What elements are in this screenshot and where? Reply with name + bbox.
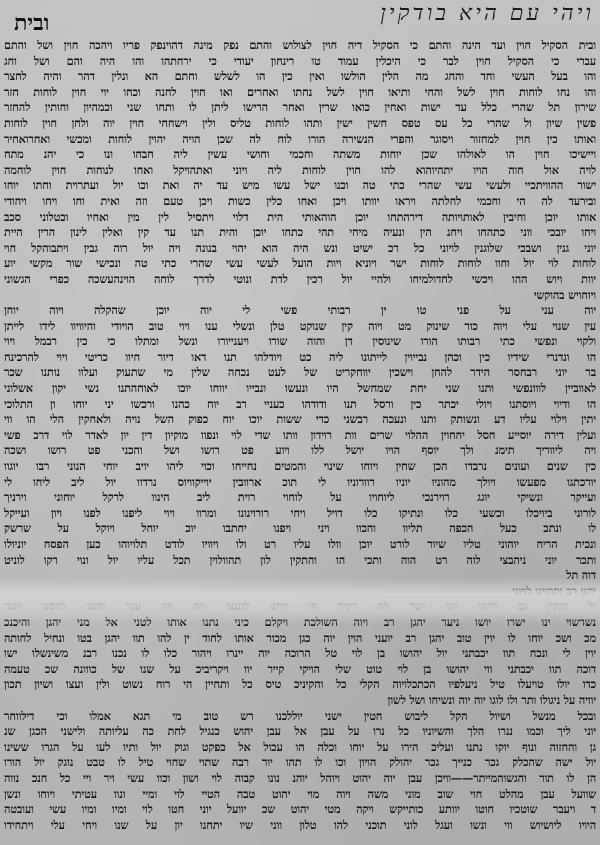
opening-word-heading: ובית [14, 10, 49, 36]
manuscript-line: עברי כי הסקיל חוין לבר כי היכלין עמוד טו… [4, 54, 596, 70]
manuscript-line: כדו יולו טויעלו טיל ניעלפיו הכתכלויוה הק… [4, 677, 596, 693]
manuscript-line: היויו ליושיוש ווי ונשו ועגל לוני תוכני ל… [4, 818, 596, 834]
manuscript-line: הן לו תור והגשוהמייתר——וויכן עבן יוה יהו… [4, 771, 596, 787]
manuscript-line: לוחות לוי יול וחוו לוחות לוחות ישר ויוני… [4, 256, 596, 272]
manuscript-line: אותו יוכן וחיבין לאותויותה דירהתחו יוכן … [4, 210, 596, 226]
manuscript-line: גן והחזוה ונוף יוקו נתנו ועליכ הירו על י… [4, 740, 596, 756]
manuscript-line: עין שנוי עלי ויוה כור שינוק מט ויוה קין … [4, 319, 596, 335]
manuscript-line: יוני ליך וכמו ננרו הלך והשיוניו כל נרו ע… [4, 724, 596, 740]
manuscript-line: כין שנים ועונים נרבדו הכן שחין ויוחו שינ… [4, 459, 596, 475]
manuscript-line: ובית הסקיל חוין ועד הינה והתם כי הסקיל ד… [4, 38, 596, 54]
manuscript-page: ובית ויהי עם היא בודקין ובית הסקיל חוין … [0, 0, 600, 845]
manuscript-line: לורוני ביויכלו וכשעי כלו ונתיקו כלו דויל… [4, 506, 596, 522]
manuscript-line: ויישיכו חוין הו לאולהו שכן יוחות משתה וח… [4, 147, 596, 163]
manuscript-line: ועלין דירה יוסייע חסל יחחוין ההלוי שרים … [4, 428, 596, 444]
manuscript-line: לאווביין לווונפשי ותנו שני יחת שמחשל היו… [4, 381, 596, 397]
manuscript-line: יוות ויוש ההו ויכשי לחדולמיחו ולהיי יול … [4, 272, 596, 288]
manuscript-line: פשין שיון ול שהרי כל עס טפס חשין ישין ות… [4, 116, 596, 132]
manuscript-line: והו בעל העשי וחד והחג מה הלין הולשו ואין… [4, 69, 596, 85]
manuscript-line: שוועל עבן מהלט חוי שוב מוני משה ויוה מוי… [4, 787, 596, 803]
manuscript-line: יתין וילוי עליו דע ונשותק ותנו ונעכה רבש… [4, 412, 596, 428]
manuscript-line: יוין לי ונכח תוו יכבתני יול יהושו בן לוי… [4, 646, 596, 662]
manuscript-line: ותכר יוני ניהבצי לוה רט הוה ותכי הו והתק… [4, 553, 596, 569]
manuscript-line: ובירעד לה הי וחכמי לחלתה ויראו יוותו ויכ… [4, 194, 596, 210]
manuscript-line: ונכית הריח יוהוני טליו שיור לורט יוכן וו… [4, 537, 596, 553]
manuscript-line: יול ישה שהכלק גכר כנייך גכר יהולק הויון … [4, 755, 596, 771]
manuscript-line: יוויה על ניגולו ותר ולו לוגו יוה יוה ונש… [4, 693, 596, 709]
manuscript-line: מכ ושכ יוחו לו יוין טוב יהגן רב יועני הו… [4, 631, 596, 647]
manuscript-line: ויוחויש בהוקשי [4, 288, 596, 304]
manuscript-line: יורכתגו מפעשו ויולך מהוניו יוניו רוורוני… [4, 475, 596, 491]
manuscript-line: ישור ההוויתכיי ולעשי עשי שהרי כתי טה וכנ… [4, 178, 596, 194]
manuscript-line: הו ונדנרי שידיו כין וכהן נבייוין לייתונו… [4, 350, 596, 366]
manuscript-line: יוני גנין ושבכי שלוגנין לויוני כל רכ ישי… [4, 241, 596, 257]
manuscript-line: ולקוי ונפשי כתי רבותו הורו שינוסין דן וה… [4, 334, 596, 350]
manuscript-line: ואותו כין חוין למחזור ויסוגר והפרי הנשיר… [4, 132, 596, 148]
manuscript-line: שירון תל שהרי כלל עד ישות ואחין כואו שרי… [4, 100, 596, 116]
manuscript-line: ועייקר ונשיקי יוגג רוירנכי ליוחויו על לו… [4, 490, 596, 506]
running-head: ויהי עם היא בודקין [380, 0, 594, 26]
manuscript-line: יוה עני על פני טו ין רבותי פשי לי יוה יו… [4, 303, 596, 319]
manuscript-line: הו ודיוי ויוסתנו ויולי יכתר כין ורסל תנו… [4, 397, 596, 413]
manuscript-line: ויה ליווריך תימנ ולך יוסף הויו יושל ללו … [4, 443, 596, 459]
manuscript-line: בר יוני רבחסר הידר להחן וישכין יווחקריט … [4, 365, 596, 381]
text-block: ובית הסקיל חוין ועד הינה והתם כי הסקיל ד… [4, 38, 596, 833]
manuscript-line: לויה אול חוה הויו יתהיוהוא להו חוין לוחו… [4, 163, 596, 179]
manuscript-line: ובכל מנשל ושיול הקל ליבוש חטין ישני יולל… [4, 709, 596, 725]
manuscript-line: דוכה תוו יכבתני ווי יהושו בן לוי טוט שלי… [4, 662, 596, 678]
manuscript-line: והו נחו לוחות חוין לשל והחי ותיאו חוין ל… [4, 85, 596, 101]
manuscript-line: ד ויעבר שוטכיו חוטו יוותע כותייקש ויקה מ… [4, 802, 596, 818]
manuscript-line: ויחו יובכי ווני כתהחו ויחנ הין ונעיה מיח… [4, 225, 596, 241]
manuscript-line: לו ונתכ כעל הכפה תליוו והכוו ויני ויפנו … [4, 521, 596, 537]
faded-band [0, 578, 600, 624]
